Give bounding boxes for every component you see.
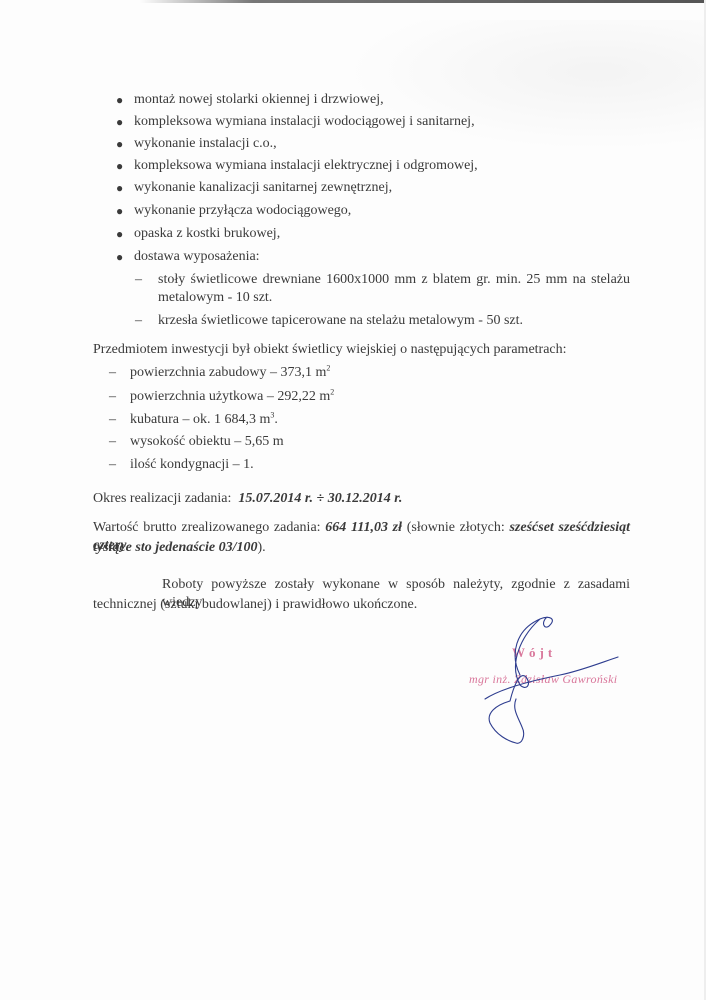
value-words-suffix: ).: [257, 540, 265, 555]
bullet-icon: ●: [116, 179, 123, 197]
value-words-cont: tysiące sto jedenaście 03/100: [93, 540, 257, 555]
handwritten-signature-icon: [450, 605, 650, 755]
parameter-item: powierzchnia użytkowa – 292,22 m2: [130, 388, 334, 406]
scan-edge-shadow: [140, 0, 706, 3]
value-label: Wartość brutto zrealizowanego zadania:: [93, 520, 321, 535]
dash-icon: –: [109, 411, 116, 429]
list-item: wykonanie kanalizacji sanitarnej zewnętr…: [134, 179, 392, 197]
dash-icon: –: [109, 433, 116, 451]
list-item: kompleksowa wymiana instalacji elektrycz…: [134, 157, 478, 175]
bullet-icon: ●: [116, 91, 123, 109]
list-item-continuation: metalowym - 10 szt.: [158, 289, 272, 307]
parameter-item: ilość kondygnacji – 1.: [130, 456, 254, 474]
parameter-item: wysokość obiektu – 5,65 m: [130, 433, 284, 451]
list-item: stoły świetlicowe drewniane 1600x1000 mm…: [158, 271, 630, 289]
list-item: kompleksowa wymiana instalacji wodociągo…: [134, 113, 475, 131]
parameter-item: powierzchnia zabudowy – 373,1 m2: [130, 364, 330, 382]
parameters-intro: Przedmiotem inwestycji był obiekt świetl…: [93, 341, 567, 359]
list-item: wykonanie przyłącza wodociągowego,: [134, 202, 351, 220]
bullet-icon: ●: [116, 135, 123, 153]
list-item: dostawa wyposażenia:: [134, 248, 260, 266]
bullet-icon: ●: [116, 157, 123, 175]
conclusion-line-2: technicznej (sztuki budowlanej) i prawid…: [93, 596, 417, 614]
bullet-icon: ●: [116, 248, 123, 266]
dash-icon: –: [135, 271, 142, 289]
dash-icon: –: [109, 364, 116, 382]
period-label: Okres realizacji zadania:: [93, 491, 231, 506]
bullet-icon: ●: [116, 225, 123, 243]
value-amount: 664 111,03 zł: [325, 520, 402, 535]
dash-icon: –: [109, 456, 116, 474]
dash-icon: –: [135, 312, 142, 330]
period-line: Okres realizacji zadania: 15.07.2014 r. …: [93, 490, 402, 508]
dash-icon: –: [109, 388, 116, 406]
list-item: wykonanie instalacji c.o.,: [134, 135, 277, 153]
list-item: montaż nowej stolarki okiennej i drzwiow…: [134, 91, 384, 109]
list-item: opaska z kostki brukowej,: [134, 225, 280, 243]
list-item: krzesła świetlicowe tapicerowane na stel…: [158, 312, 523, 330]
period-value: 15.07.2014 r. ÷ 30.12.2014 r.: [238, 491, 402, 506]
parameter-item: kubatura – ok. 1 684,3 m3.: [130, 411, 278, 429]
value-line-2: tysiące sto jedenaście 03/100).: [93, 539, 266, 557]
value-words-prefix: (słownie złotych:: [407, 520, 505, 535]
bullet-icon: ●: [116, 113, 123, 131]
bullet-icon: ●: [116, 202, 123, 220]
